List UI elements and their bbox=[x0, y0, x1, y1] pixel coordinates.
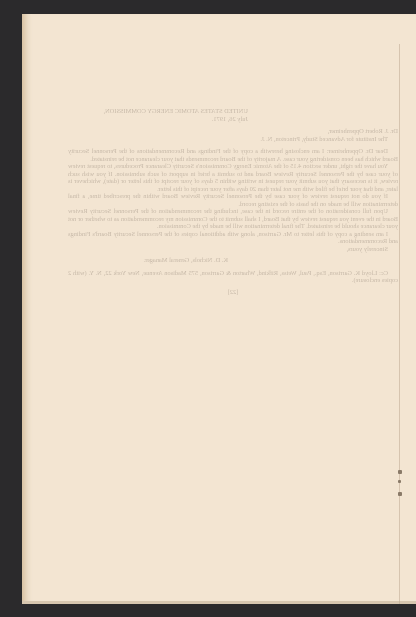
paragraph: Dear Dr. Oppenheimer: I am enclosing her… bbox=[68, 148, 398, 163]
closing: Sincerely yours, bbox=[68, 246, 398, 254]
cc-line: Cc: Lloyd K. Garrison, Esq., Paul, Weiss… bbox=[68, 270, 398, 285]
paragraph: Upon full consideration of the entire re… bbox=[68, 208, 398, 231]
addressee-name: Dr. J. Robert Oppenheimer, bbox=[68, 128, 398, 136]
paragraph: I am sending a copy of this letter to Mr… bbox=[68, 231, 398, 246]
binding-mark-icon bbox=[398, 470, 402, 474]
page-number: [22] bbox=[68, 289, 398, 297]
letter-heading: UNITED STATES ATOMIC ENERGY COMMISSION, bbox=[68, 108, 398, 116]
letter-date: July 26, 1971. bbox=[68, 116, 398, 124]
binding-mark-icon bbox=[398, 480, 401, 483]
addressee-address: The Institute for Advanced Study, Prince… bbox=[68, 136, 398, 144]
signature: K. D. Nichols, General Manager. bbox=[68, 257, 398, 265]
page-left-edge bbox=[22, 14, 32, 604]
binding-mark-icon bbox=[398, 492, 402, 496]
bleed-through-text: UNITED STATES ATOMIC ENERGY COMMISSION, … bbox=[68, 108, 398, 296]
paragraph: If you do not request review of your cas… bbox=[68, 193, 398, 208]
document-page: UNITED STATES ATOMIC ENERGY COMMISSION, … bbox=[22, 14, 416, 604]
fold-line bbox=[399, 44, 400, 604]
page-bottom-edge bbox=[22, 601, 416, 604]
paragraph: You have the right, under section 4.15 o… bbox=[68, 163, 398, 193]
